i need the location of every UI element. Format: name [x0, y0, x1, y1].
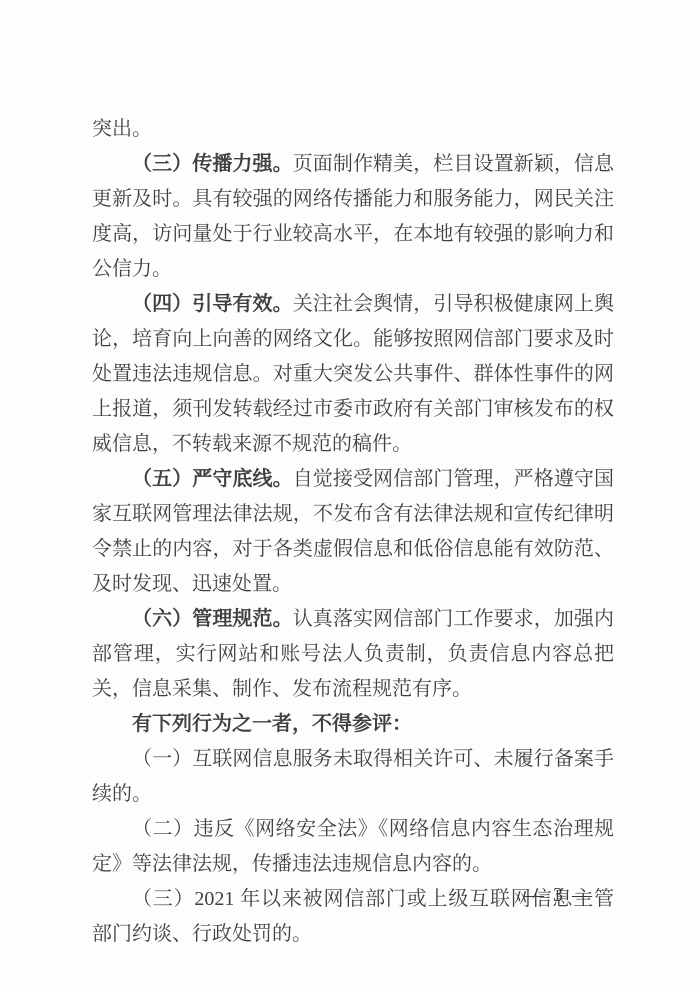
paragraph-heading: （五）严守底线。 — [132, 468, 293, 490]
paragraph-text: （二）违反《网络安全法》《网络信息内容生态治理规定》等法律法规，传播违法违规信息… — [92, 818, 614, 875]
paragraph-heading: （六）管理规范。 — [132, 608, 293, 630]
paragraph-heading: （三）传播力强。 — [132, 153, 293, 175]
paragraph: （三）传播力强。页面制作精美，栏目设置新颖，信息更新及时。具有较强的网络传播能力… — [92, 147, 614, 287]
paragraph: （一）互联网信息服务未取得相关许可、未履行备案手续的。 — [92, 742, 614, 812]
paragraph: （二）违反《网络安全法》《网络信息内容生态治理规定》等法律法规，传播违法违规信息… — [92, 812, 614, 882]
paragraph-text: 关注社会舆情，引导积极健康网上舆论，培育向上向善的网络文化。能够按照网信部门要求… — [92, 293, 614, 455]
page-number: — 3 — — [524, 880, 594, 910]
paragraph-heading: 有下列行为之一者，不得参评： — [132, 713, 412, 735]
paragraph: 有下列行为之一者，不得参评： — [92, 707, 614, 742]
paragraph-text: 突出。 — [92, 118, 152, 140]
paragraph: （六）管理规范。认真落实网信部门工作要求，加强内部管理，实行网站和账号法人负责制… — [92, 602, 614, 707]
document-body: 突出。（三）传播力强。页面制作精美，栏目设置新颖，信息更新及时。具有较强的网络传… — [92, 112, 614, 952]
paragraph: 突出。 — [92, 112, 614, 147]
paragraph: （四）引导有效。关注社会舆情，引导积极健康网上舆论，培育向上向善的网络文化。能够… — [92, 287, 614, 462]
paragraph: （五）严守底线。自觉接受网信部门管理，严格遵守国家互联网管理法律法规，不发布含有… — [92, 462, 614, 602]
paragraph-text: （一）互联网信息服务未取得相关许可、未履行备案手续的。 — [92, 748, 614, 805]
paragraph-heading: （四）引导有效。 — [132, 293, 293, 315]
document-page: 突出。（三）传播力强。页面制作精美，栏目设置新颖，信息更新及时。具有较强的网络传… — [0, 0, 700, 989]
